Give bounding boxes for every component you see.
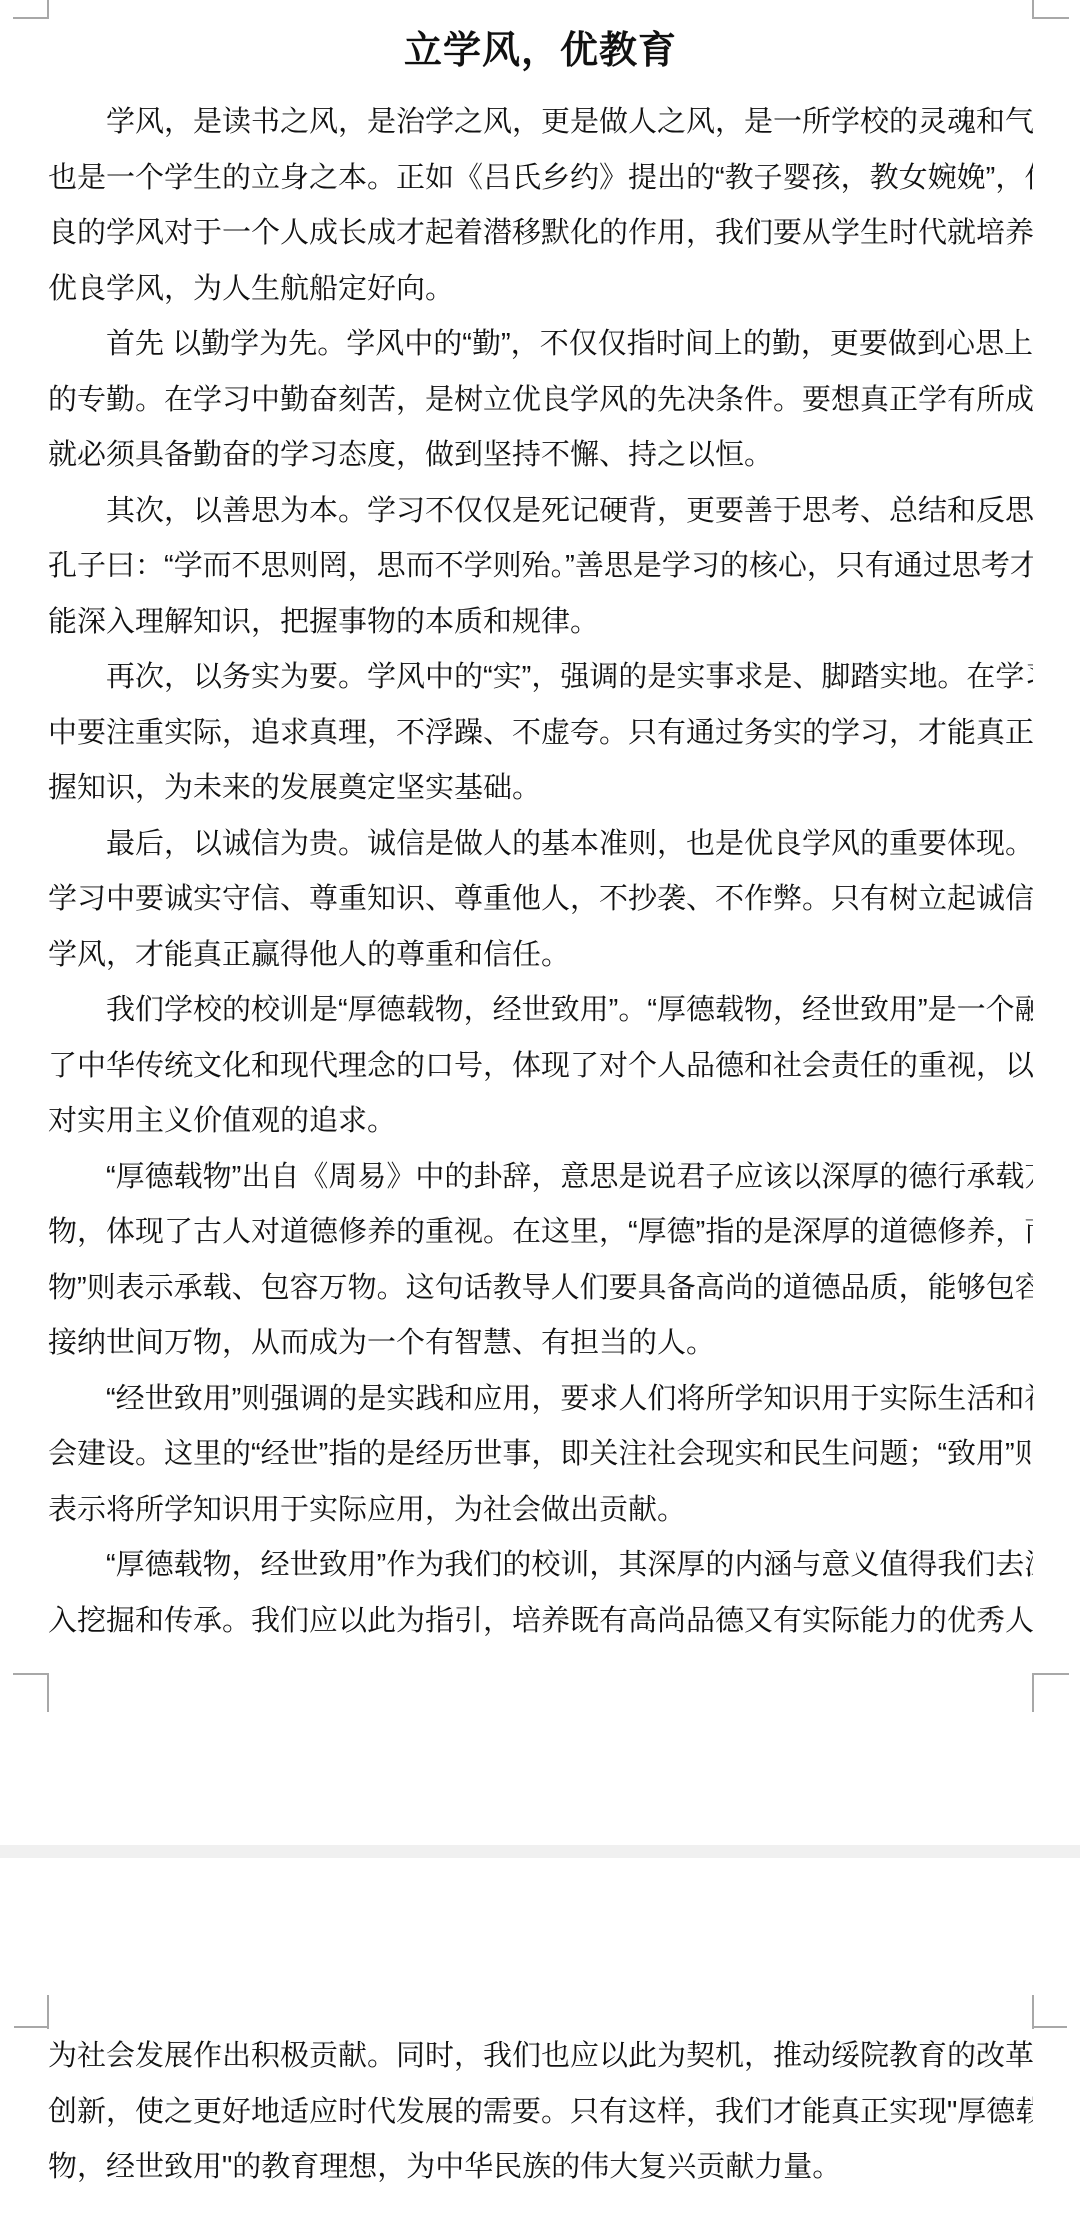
text-line[interactable]: 再次，以务实为要。学风中的“实”，强调的是实事求是、脚踏实地。在学习 <box>48 650 1033 706</box>
text-line[interactable]: 的专勤。在学习中勤奋刻苦，是树立优良学风的先决条件。要想真正学有所成， <box>48 373 1033 429</box>
crop-mark-page2-top-left-vertical <box>47 1995 49 2029</box>
text-line[interactable]: “经世致用”则强调的是实践和应用，要求人们将所学知识用于实际生活和社 <box>48 1372 1033 1428</box>
text-line[interactable]: “厚德载物”出自《周易》中的卦辞，意思是说君子应该以深厚的德行承载万 <box>48 1150 1033 1206</box>
page-1[interactable]: 立学风，优教育 学风，是读书之风，是治学之风，更是做人之风，是一所学校的灵魂和气… <box>0 0 1080 1845</box>
crop-mark-page1-bottom-right-vertical <box>1032 1673 1034 1712</box>
text-line[interactable]: 中要注重实际，追求真理，不浮躁、不虚夸。只有通过务实的学习，才能真正掌 <box>48 706 1033 762</box>
text-line[interactable]: 其次，以善思为本。学习不仅仅是死记硬背，更要善于思考、总结和反思。 <box>48 484 1033 540</box>
document-title[interactable]: 立学风，优教育 <box>48 26 1033 76</box>
text-line[interactable]: 首先 以勤学为先。学风中的“勤”，不仅仅指时间上的勤，更要做到心思上 <box>48 317 1033 373</box>
text-line[interactable]: 接纳世间万物，从而成为一个有智慧、有担当的人。 <box>48 1316 1033 1372</box>
crop-mark-page1-bottom-left-horizontal <box>13 1673 49 1675</box>
text-line[interactable]: 也是一个学生的立身之本。正如《吕氏乡约》提出的“教子婴孩，教女婉娩”，优 <box>48 151 1033 207</box>
crop-mark-page2-top-right-vertical <box>1032 1995 1034 2029</box>
page1-body-text[interactable]: 学风，是读书之风，是治学之风，更是做人之风，是一所学校的灵魂和气质，也是一个学生… <box>48 95 1033 1649</box>
crop-mark-page2-top-right-horizontal <box>1032 2026 1067 2028</box>
text-line[interactable]: 能深入理解知识，把握事物的本质和规律。 <box>48 595 1033 651</box>
text-line[interactable]: 良的学风对于一个人成长成才起着潜移默化的作用，我们要从学生时代就培养起 <box>48 206 1033 262</box>
text-line[interactable]: 了中华传统文化和现代理念的口号，体现了对个人品德和社会责任的重视，以及 <box>48 1039 1033 1095</box>
crop-mark-page2-top-left-horizontal <box>14 2026 49 2028</box>
page-gap-separator <box>0 1845 1080 1858</box>
crop-mark-page1-top-left-horizontal <box>13 17 49 19</box>
text-line[interactable]: 学习中要诚实守信、尊重知识、尊重他人，不抄袭、不作弊。只有树立起诚信的 <box>48 872 1033 928</box>
text-line[interactable]: 握知识，为未来的发展奠定坚实基础。 <box>48 761 1033 817</box>
text-line[interactable]: 孔子曰：“学而不思则罔，思而不学则殆。”善思是学习的核心，只有通过思考才 <box>48 539 1033 595</box>
text-line[interactable]: 物”则表示承载、包容万物。这句话教导人们要具备高尚的道德品质，能够包容、 <box>48 1261 1033 1317</box>
text-line[interactable]: 创新，使之更好地适应时代发展的需要。只有这样，我们才能真正实现"厚德载 <box>48 2085 1033 2141</box>
crop-mark-page1-bottom-left-vertical <box>47 1673 49 1712</box>
text-line[interactable]: 我们学校的校训是“厚德载物，经世致用”。“厚德载物，经世致用”是一个融合 <box>48 983 1033 1039</box>
text-line[interactable]: “厚德载物，经世致用”作为我们的校训，其深厚的内涵与意义值得我们去深 <box>48 1538 1033 1594</box>
text-line[interactable]: 物，体现了古人对道德修养的重视。在这里，“厚德”指的是深厚的道德修养，而“载 <box>48 1205 1033 1261</box>
text-line[interactable]: 对实用主义价值观的追求。 <box>48 1094 1033 1150</box>
text-line[interactable]: 最后，以诚信为贵。诚信是做人的基本准则，也是优良学风的重要体现。在 <box>48 817 1033 873</box>
crop-mark-page1-bottom-right-horizontal <box>1032 1673 1069 1675</box>
text-line[interactable]: 会建设。这里的“经世”指的是经历世事，即关注社会现实和民生问题；“致用”则 <box>48 1427 1033 1483</box>
text-line[interactable]: 入挖掘和传承。我们应以此为指引，培养既有高尚品德又有实际能力的优秀人才， <box>48 1594 1033 1650</box>
text-line[interactable]: 就必须具备勤奋的学习态度，做到坚持不懈、持之以恒。 <box>48 428 1033 484</box>
text-line[interactable]: 表示将所学知识用于实际应用，为社会做出贡献。 <box>48 1483 1033 1539</box>
text-line[interactable]: 学风，是读书之风，是治学之风，更是做人之风，是一所学校的灵魂和气质， <box>48 95 1033 151</box>
text-line[interactable]: 物，经世致用"的教育理想，为中华民族的伟大复兴贡献力量。 <box>48 2140 1033 2196</box>
text-line[interactable]: 优良学风，为人生航船定好向。 <box>48 262 1033 318</box>
page2-body-text[interactable]: 为社会发展作出积极贡献。同时，我们也应以此为契机，推动绥院教育的改革与创新，使之… <box>48 2029 1033 2196</box>
crop-mark-page1-top-right-horizontal <box>1032 17 1069 19</box>
text-line[interactable]: 学风，才能真正赢得他人的尊重和信任。 <box>48 928 1033 984</box>
page-2[interactable]: 为社会发展作出积极贡献。同时，我们也应以此为契机，推动绥院教育的改革与创新，使之… <box>0 1858 1080 2228</box>
text-line[interactable]: 为社会发展作出积极贡献。同时，我们也应以此为契机，推动绥院教育的改革与 <box>48 2029 1033 2085</box>
